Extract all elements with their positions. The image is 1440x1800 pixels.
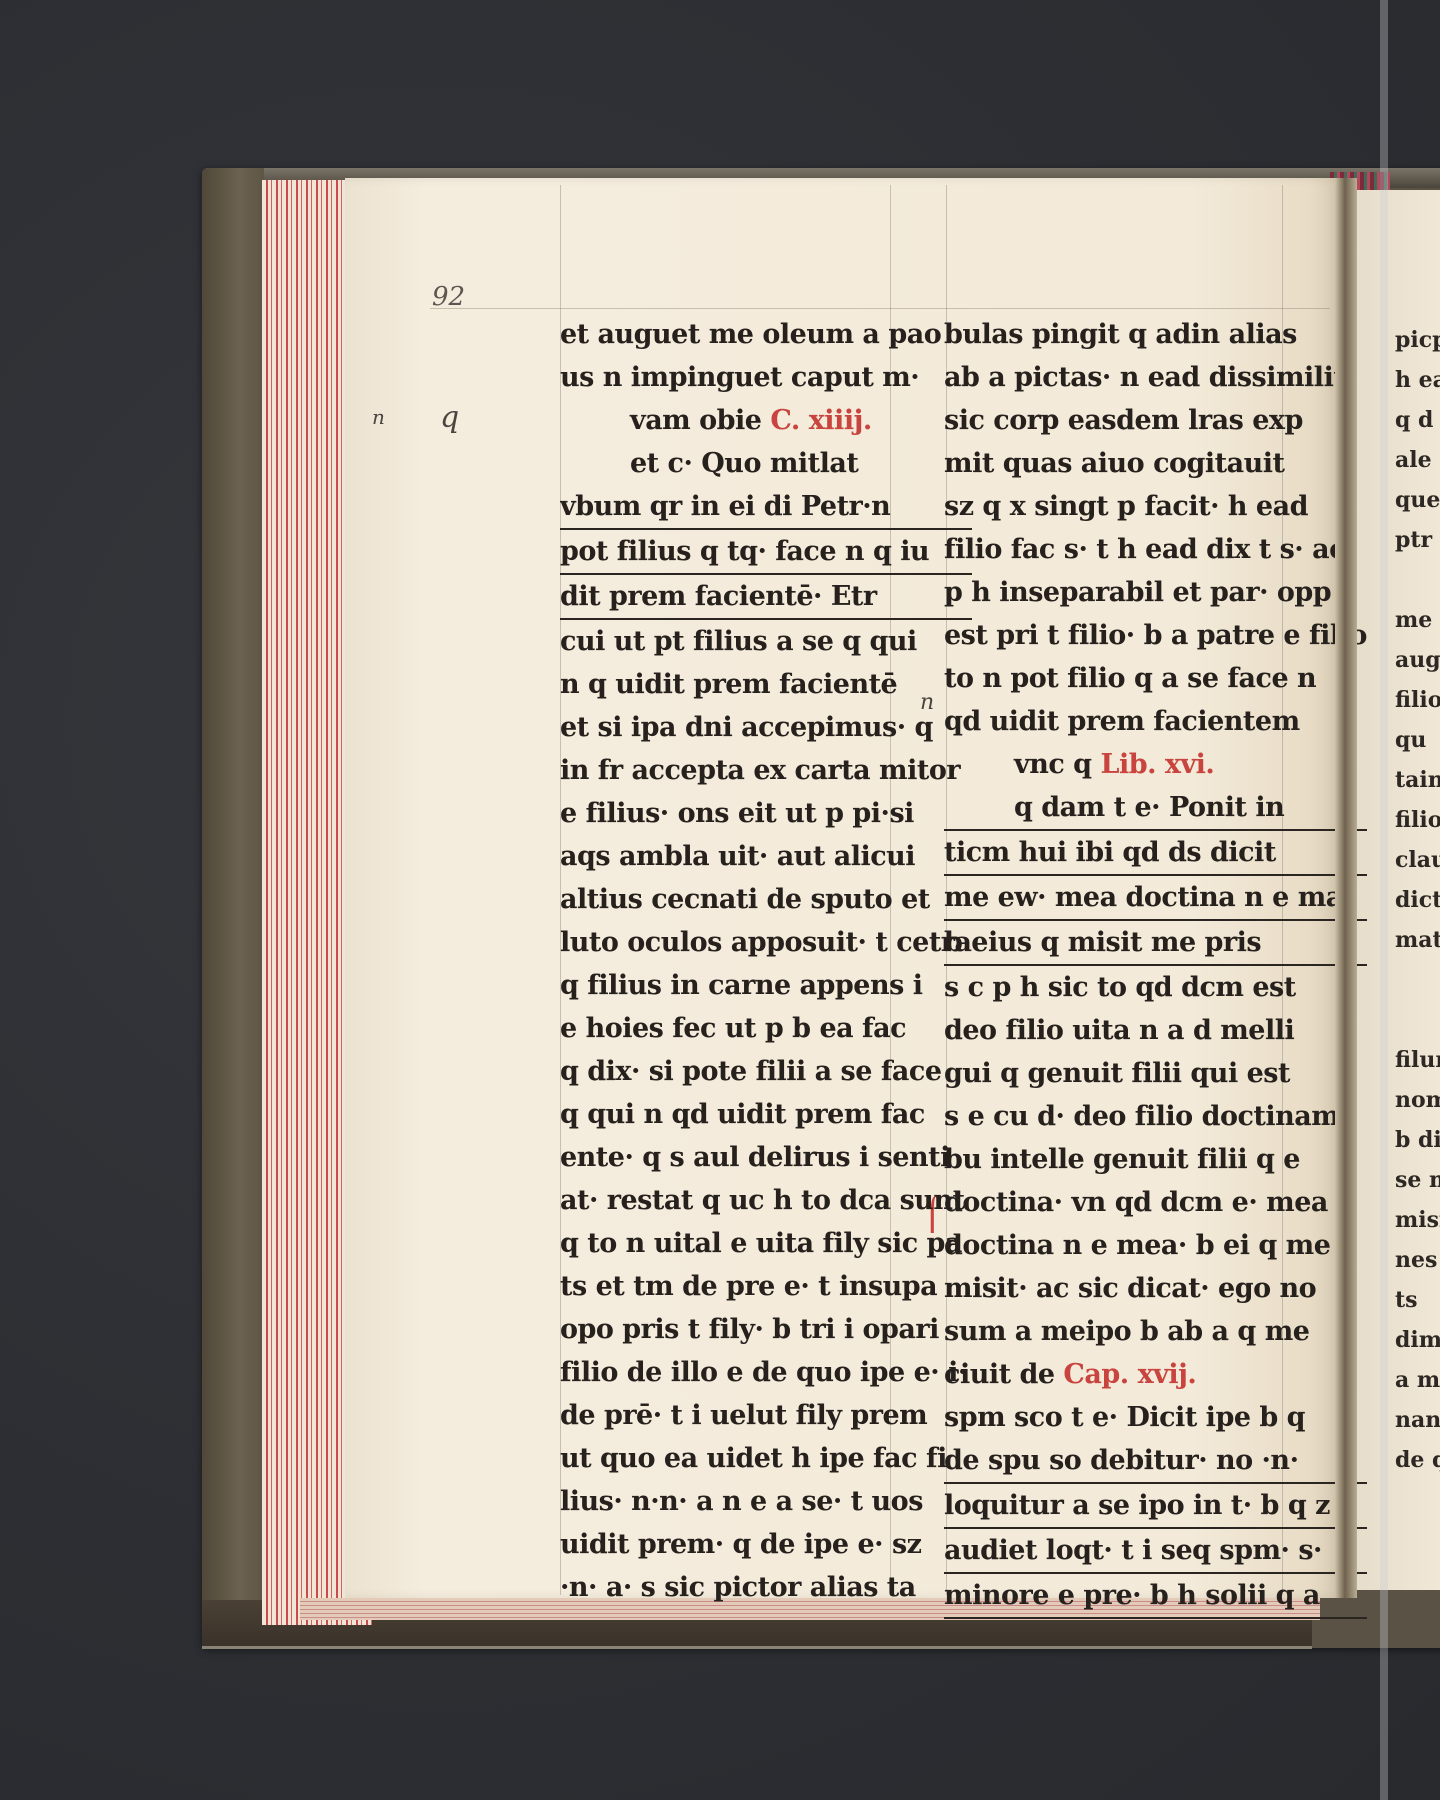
text-line: gui q genuit filii qui est	[944, 1052, 1367, 1095]
text-line: p h inseparabil et par· opp	[944, 571, 1367, 614]
text-line: ab a pictas· n ead dissimilit	[944, 356, 1367, 399]
text-fragment: h ea	[1395, 360, 1440, 400]
text-fragment: dim	[1395, 1320, 1440, 1360]
text-line: et c· Quo mitlat	[560, 442, 972, 485]
text-column-a: et auguet me oleum a pao us n impinguet …	[560, 313, 972, 1609]
text-line: bulas pingit q adin alias	[944, 313, 1367, 356]
folio-number: 92	[432, 282, 465, 312]
text-line: de prē· t i uelut fily prem	[560, 1394, 972, 1437]
text-line: us n impinguet caput m·	[560, 356, 972, 399]
facing-page-text: picp h ea q d ale quet ptr me aug filio …	[1395, 320, 1440, 1480]
text-fragment: misr	[1395, 1200, 1440, 1240]
text-line: ciuit de Cap. xvij.	[944, 1353, 1367, 1396]
text-fragment	[1395, 1000, 1440, 1040]
text-fragment: de q	[1395, 1440, 1440, 1480]
text-line: et auguet me oleum a pao	[560, 313, 972, 356]
text-fragment: picp	[1395, 320, 1440, 360]
cover-left-board	[202, 168, 264, 1648]
text-fragment: tain	[1395, 760, 1440, 800]
text-fragment: filum	[1395, 1040, 1440, 1080]
text-line: uidit prem· q de ipe e· sz	[560, 1523, 972, 1566]
text-line: loquitur a se ipo in t· b q z	[944, 1484, 1367, 1529]
text-line: qd uidit prem facientem	[944, 700, 1367, 743]
text-line: n q uidit prem facientē	[560, 663, 972, 706]
text-line: vam obie C. xiiij.	[560, 399, 972, 442]
text-line: to n pot filio q a se face n	[944, 657, 1367, 700]
margin-mark: q	[440, 400, 459, 435]
text-line: de spu so debitur· no ·n·	[944, 1439, 1367, 1484]
text-line: vnc q Lib. xvi.	[944, 743, 1367, 786]
text-fragment: ts	[1395, 1280, 1440, 1320]
text-line: audiet loqt· t i seq spm· s·	[944, 1529, 1367, 1574]
text-column-b: bulas pingit q adin alias ab a pictas· n…	[944, 313, 1367, 1619]
text-fragment: nom	[1395, 1080, 1440, 1120]
text-fragment: nan	[1395, 1400, 1440, 1440]
text-line: vbum qr in ei di Petr·n	[560, 485, 972, 530]
text-line: ente· q s aul delirus i senti	[560, 1136, 972, 1179]
text-line: pot filius q tq· face n q iu	[560, 530, 972, 575]
text-line: at· restat q uc h to dca sunt	[560, 1179, 972, 1222]
text-line: q to n uital e uita fily sic pa	[560, 1222, 972, 1265]
text-fragment: aug	[1395, 640, 1440, 680]
text-line: e hoies fec ut p b ea fac	[560, 1007, 972, 1050]
text-line: ts et tm de pre e· t insupa	[560, 1265, 972, 1308]
text-line: doctina n e mea· b ei q me	[944, 1224, 1367, 1267]
text-line: dit prem facientē· Etr	[560, 575, 972, 620]
text-line: e filius· ons eit ut p pi·si	[560, 792, 972, 835]
text-line: s c p h sic to qd dcm est	[944, 966, 1367, 1009]
text-fragment: ptr	[1395, 520, 1440, 560]
text-line: ut quo ea uidet h ipe fac fi	[560, 1437, 972, 1480]
text-line: aqs ambla uit· aut alicui	[560, 835, 972, 878]
text-fragment	[1395, 960, 1440, 1000]
text-line: doctina· vn qd dcm e· mea	[944, 1181, 1367, 1224]
text-line: opo pris t fily· b tri i opari	[560, 1308, 972, 1351]
ruling-horizontal-top	[430, 308, 1330, 309]
text-fragment: filio	[1395, 680, 1440, 720]
text-line: q filius in carne appens i	[560, 964, 972, 1007]
text-line: minore e pre· b h solii q a	[944, 1574, 1367, 1619]
text-fragment: b di	[1395, 1120, 1440, 1160]
text-fragment: q d	[1395, 400, 1440, 440]
text-line: in fr accepta ex carta mitor	[560, 749, 972, 792]
text-line: filio de illo e de quo ipe e· i·	[560, 1351, 972, 1394]
text-line: mit quas aiuo cogitauit	[944, 442, 1367, 485]
text-line: sic corp easdem lras exp	[944, 399, 1367, 442]
text-line: lius· n·n· a n e a se· t uos	[560, 1480, 972, 1523]
text-line: sum a meipo b ab a q me	[944, 1310, 1367, 1353]
text-line: s e cu d· deo filio doctinam	[944, 1095, 1367, 1138]
text-fragment: ale	[1395, 440, 1440, 480]
text-line: luto oculos apposuit· t cetra	[560, 921, 972, 964]
text-fragment: filio	[1395, 800, 1440, 840]
rubric: Lib. xvi.	[1100, 749, 1214, 780]
text-fragment: nes	[1395, 1240, 1440, 1280]
text-fragment: mate	[1395, 920, 1440, 960]
text-line: me ew· mea doctina n e ma	[944, 876, 1367, 921]
text-fragment: quet	[1395, 480, 1440, 520]
rubric: C. xiiij.	[770, 405, 871, 436]
glass-clip	[1380, 0, 1388, 1800]
text-line: est pri t filio· b a patre e filio	[944, 614, 1367, 657]
text-fragment	[1395, 560, 1440, 600]
text-line: ·n· a· s sic pictor alias ta	[560, 1566, 972, 1609]
text-fragment: me	[1395, 600, 1440, 640]
text-line: b eius q misit me pris	[944, 921, 1367, 966]
text-line: cui ut pt filius a se q qui	[560, 620, 972, 663]
text-fragment: qu	[1395, 720, 1440, 760]
text-line: filio fac s· t h ead dix t s· ac	[944, 528, 1367, 571]
text-fragment: a m	[1395, 1360, 1440, 1400]
margin-mark: n	[372, 405, 385, 429]
text-line: deo filio uita n a d melli	[944, 1009, 1367, 1052]
text-line: et si ipa dni accepimus· q	[560, 706, 972, 749]
text-line: sz q x singt p facit· h ead	[944, 485, 1367, 528]
text-fragment: dicta	[1395, 880, 1440, 920]
text-line: bu intelle genuit filii q e	[944, 1138, 1367, 1181]
rubric: Cap. xvij.	[1063, 1359, 1196, 1390]
text-line: ticm hui ibi qd ds dicit	[944, 831, 1367, 876]
text-line: misit· ac sic dicat· ego no	[944, 1267, 1367, 1310]
text-line: spm sco t e· Dicit ipe b q	[944, 1396, 1367, 1439]
text-line: q dix· si pote filii a se face	[560, 1050, 972, 1093]
text-line: q qui n qd uidit prem fac	[560, 1093, 972, 1136]
text-line: q dam t e· Ponit in	[944, 786, 1367, 831]
text-fragment: clau	[1395, 840, 1440, 880]
text-line: altius cecnati de sputo et	[560, 878, 972, 921]
text-fragment: se m	[1395, 1160, 1440, 1200]
book-gutter	[1335, 178, 1357, 1598]
